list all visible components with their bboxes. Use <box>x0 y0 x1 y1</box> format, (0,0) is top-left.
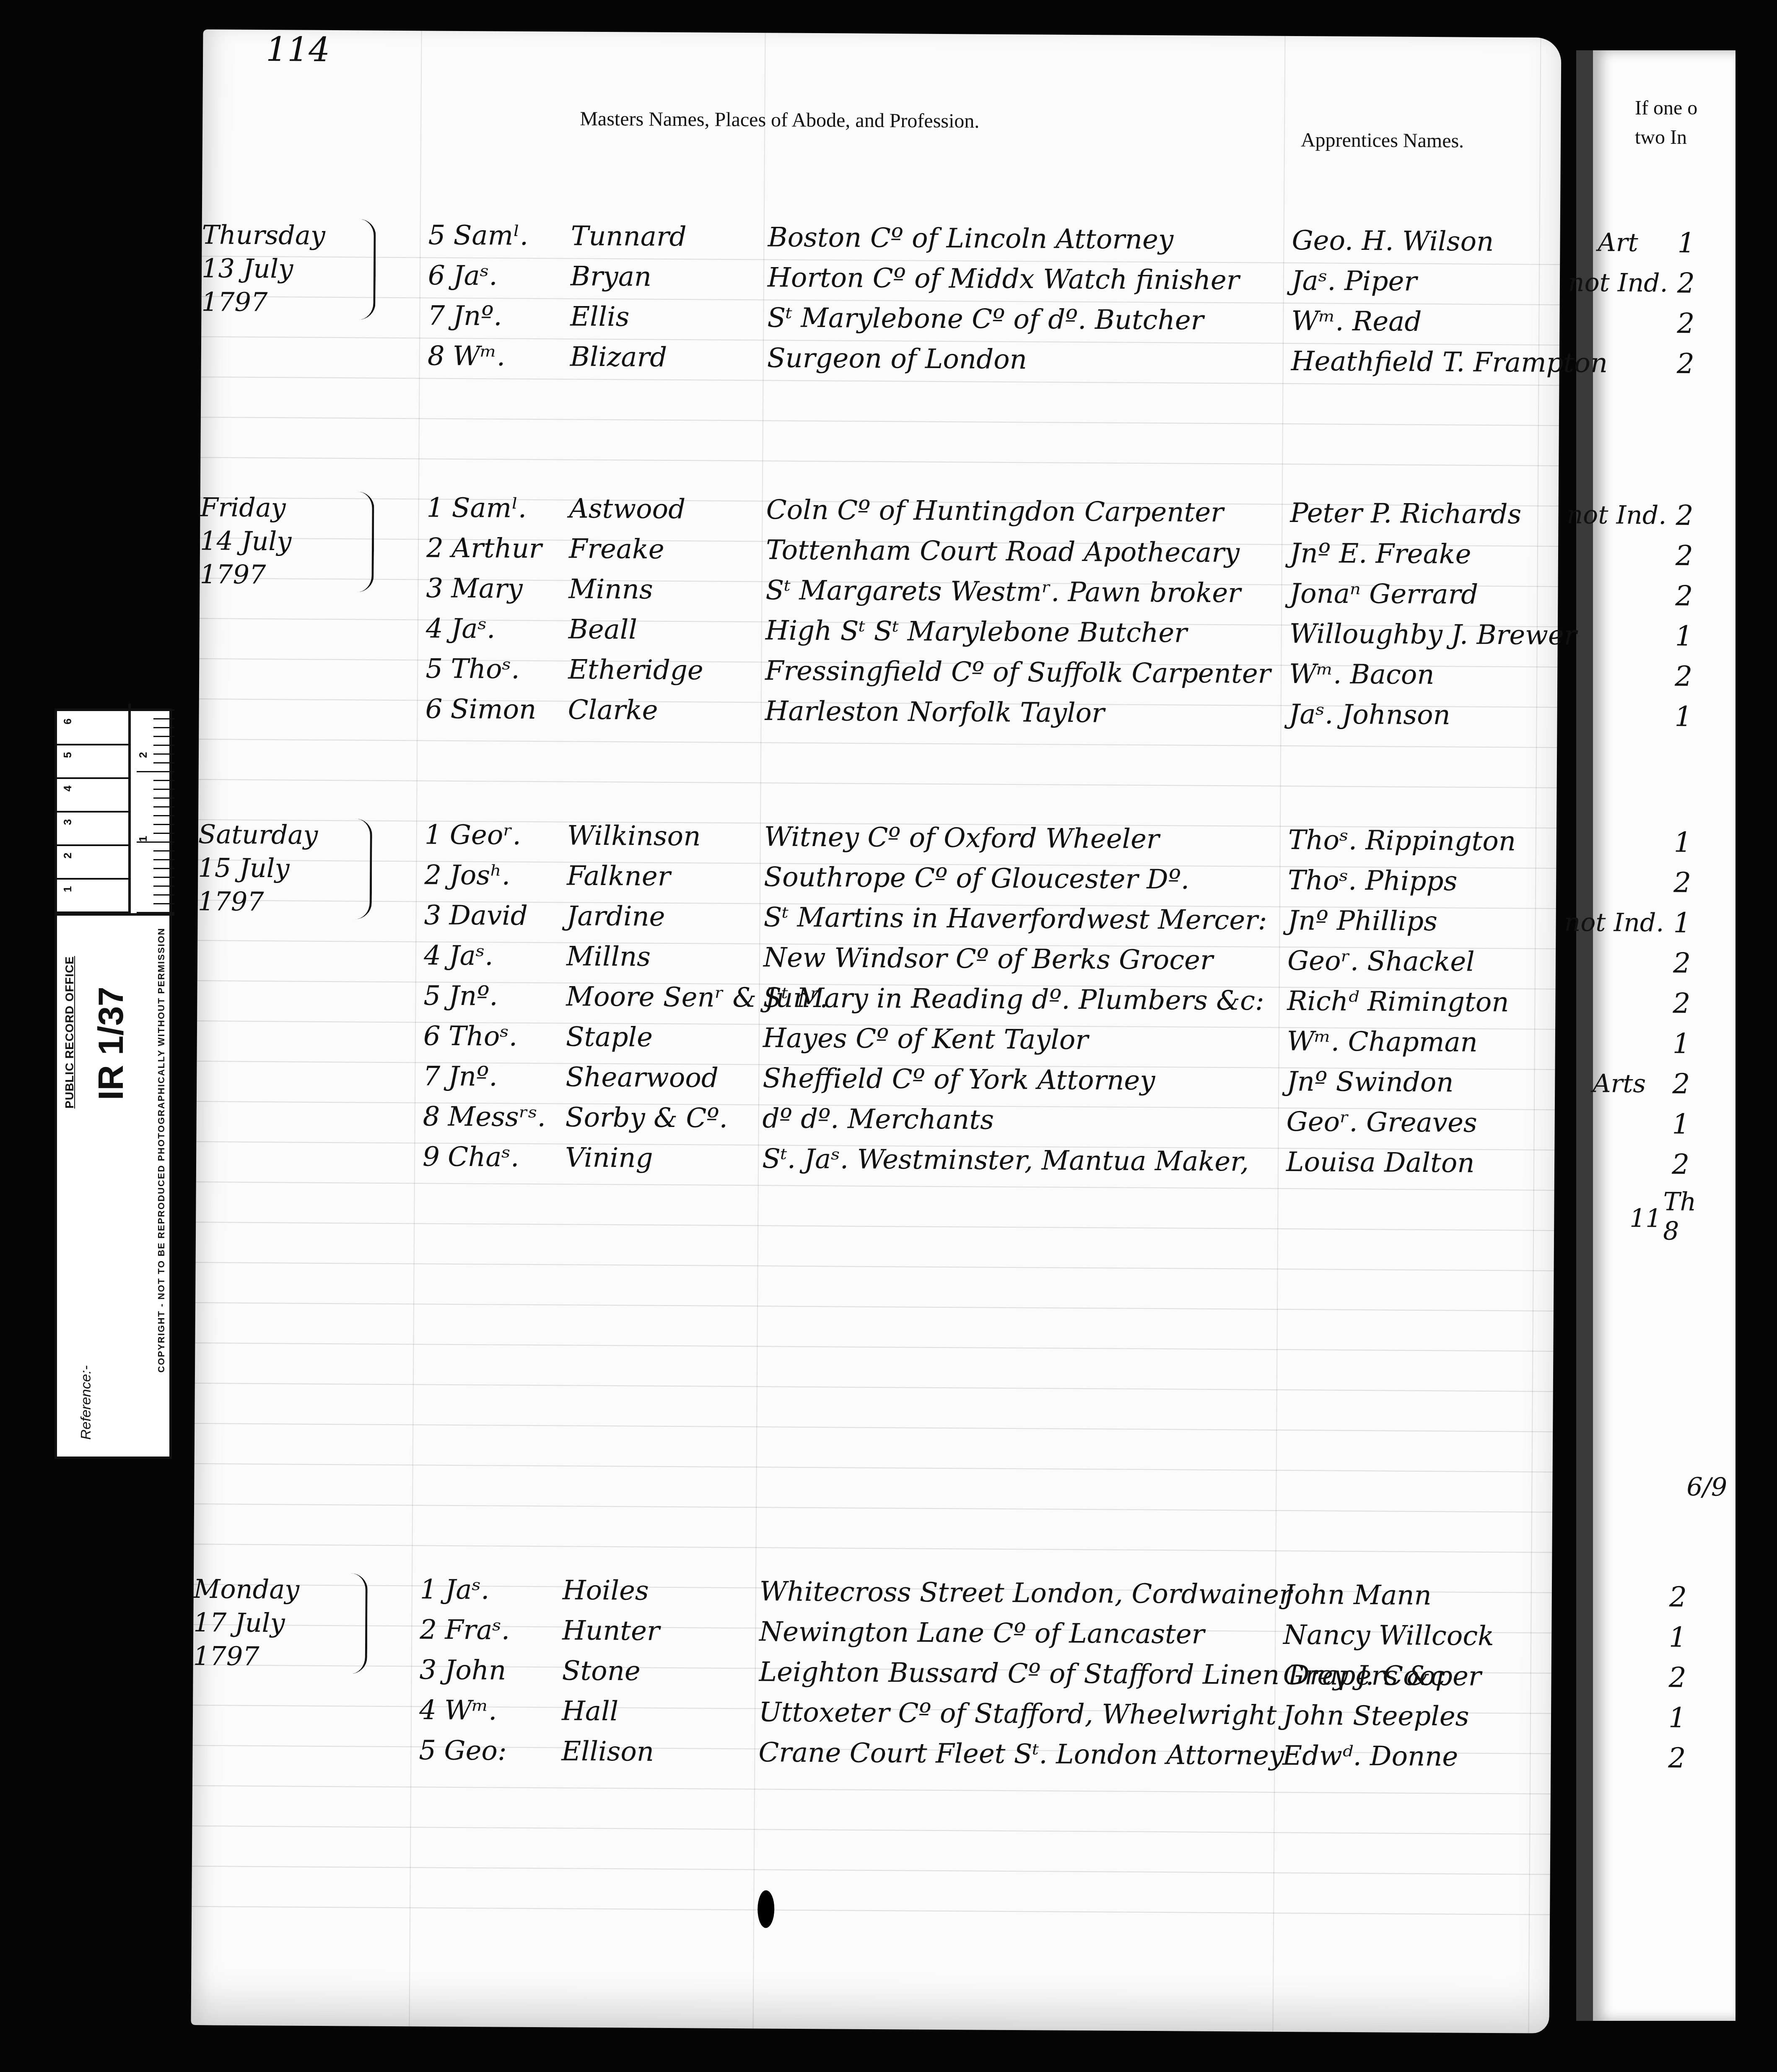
apprentice-name: Thoˢ. Rippington <box>1288 820 1540 862</box>
adjacent-page-header-line-1: If one o <box>1635 96 1697 119</box>
abode-and-profession: Horton Cº of Middx Watch finisher <box>768 257 1292 301</box>
footnote-line: Th <box>1663 1187 1696 1216</box>
master-surname: Falkner <box>567 856 777 897</box>
master-given-name: Samˡ. <box>451 488 569 529</box>
ruled-line <box>192 1785 1551 1794</box>
master-given-name: John <box>444 1650 562 1691</box>
ruled-line <box>192 1825 1550 1835</box>
ruled-line <box>194 1544 1552 1553</box>
abode-and-profession: Whitecross Street London, Cordwainer <box>760 1571 1284 1615</box>
apprentice-name: Jnº Phillips <box>1287 901 1539 943</box>
ruled-line <box>194 1503 1552 1513</box>
column-header-masters: Masters Names, Places of Abode, and Prof… <box>580 107 979 133</box>
master-surname: Moore Senʳ & Junʳ. <box>566 976 776 1018</box>
entry-number: 6 <box>425 689 451 729</box>
sum-note: 6/9 <box>1686 1472 1727 1502</box>
ruled-line <box>199 739 1557 748</box>
master-surname: Beall <box>568 609 778 651</box>
apprentice-name: Geoʳ. Shackel <box>1287 941 1539 983</box>
ruler-inch-label: 2 <box>137 752 150 758</box>
entry-number: 9 <box>423 1137 448 1177</box>
margin-note: not Ind. <box>1568 262 1668 303</box>
ruler-minor-tick <box>153 903 174 904</box>
abode-and-profession: Uttoxeter Cº of Stafford, Wheelwright <box>759 1692 1283 1736</box>
abode-and-profession: High Sᵗ Sᵗ Marylebone Butcher <box>765 610 1290 654</box>
entries-area: Thursday13 July 17975Samˡ.TunnardBoston … <box>203 29 1562 38</box>
abode-and-profession: Hayes Cº of Kent Taylor <box>763 1018 1287 1062</box>
ruled-line <box>195 1342 1553 1352</box>
ledger-page: 114 Masters Names, Places of Abode, and … <box>191 29 1561 2033</box>
master-given-name: David <box>449 896 567 937</box>
entry-block-monday: Monday17 July 17971Jaˢ.HoilesWhitecross … <box>194 1568 1552 1576</box>
entry-number: 3 <box>426 568 451 608</box>
ruler-tick <box>57 777 128 779</box>
master-given-name: Jaˢ. <box>449 936 567 977</box>
entry-block-saturday: Saturday15 July 17971Geoʳ.WilkinsonWitne… <box>198 813 1556 822</box>
apprentice-name: Peter P. Richards <box>1290 493 1542 535</box>
ruler-minor-tick <box>153 797 174 799</box>
ruler-tick <box>57 911 128 913</box>
entry-number: 4 <box>419 1690 445 1730</box>
margin-count: 2 <box>1673 943 1699 984</box>
abode-and-profession: Newington Lane Cº of Lancaster <box>759 1612 1284 1655</box>
apprentice-name: Wᵐ. Read <box>1291 301 1543 343</box>
ruled-line <box>195 1463 1553 1472</box>
abode-and-profession: Sᵗ Martins in Haverfordwest Mercer: <box>763 897 1288 941</box>
margin-count: 2 <box>1676 536 1701 576</box>
margin-count: 2 <box>1668 1738 1694 1779</box>
master-surname: Sorby & Cº. <box>565 1097 775 1139</box>
apprentice-name: Louisa Dalton <box>1286 1142 1538 1184</box>
ruler-tick <box>57 844 128 846</box>
master-surname: Minns <box>568 569 778 611</box>
master-surname: Shearwood <box>566 1057 776 1098</box>
master-given-name: Thoˢ. <box>451 649 568 690</box>
ruler-minor-tick <box>153 877 174 878</box>
master-given-name: Jaˢ. <box>453 256 571 297</box>
master-surname: Freake <box>569 529 779 571</box>
ruler-cm-label: 1 <box>61 886 74 892</box>
entry-number: 8 <box>428 336 453 376</box>
master-given-name: Jnº. <box>448 1057 566 1098</box>
apprentice-name: Nancy Willcock <box>1283 1615 1535 1657</box>
margin-count: 2 <box>1675 657 1700 697</box>
master-given-name: Jaˢ. <box>445 1570 563 1611</box>
ruler-cm-label: 6 <box>61 719 74 724</box>
reference-label: Reference:- <box>78 1365 94 1440</box>
ruler-tick <box>57 744 128 745</box>
master-surname: Ellison <box>561 1731 771 1773</box>
abode-and-profession: Sᵗ Margarets Westmʳ. Pawn broker <box>765 570 1290 614</box>
master-surname: Bryan <box>571 257 781 298</box>
ruler-cm-label: 3 <box>61 819 74 825</box>
master-surname: Blizard <box>570 337 780 379</box>
master-given-name: Simon <box>450 689 568 730</box>
ruler-minor-tick <box>153 780 174 781</box>
apprentice-name: Grey J. Cooper <box>1283 1655 1535 1697</box>
ruler-cm-label: 4 <box>61 786 74 792</box>
master-given-name: Josʰ. <box>449 855 567 896</box>
abode-and-profession: Harleston Norfolk Taylor <box>765 691 1289 735</box>
margin-count: 2 <box>1672 1145 1697 1185</box>
margin-count: 2 <box>1677 263 1703 304</box>
master-given-name: Messʳˢ. <box>448 1097 566 1138</box>
ruled-line <box>199 779 1557 788</box>
entry-number: 5 <box>428 215 454 255</box>
ruler-minor-tick <box>153 868 174 869</box>
adjacent-page-strip: If one o two In <box>1576 50 1735 2021</box>
abode-and-profession: Coln Cº of Huntingdon Carpenter <box>766 490 1290 533</box>
master-surname: Tunnard <box>571 216 781 258</box>
master-given-name: Thoˢ. <box>449 1016 566 1057</box>
entry-number: 7 <box>423 1056 449 1096</box>
ruler-cm-label: 2 <box>61 853 74 859</box>
ruler-minor-tick <box>153 894 174 896</box>
abode-and-profession: Sᵗ Marylebone Cº of dº. Butcher <box>767 298 1292 341</box>
abode-and-profession: Southrope Cº of Gloucester Dº. <box>764 857 1288 901</box>
entry-number: 4 <box>424 935 449 976</box>
entry-number: 5 <box>423 976 449 1016</box>
margin-count: 2 <box>1677 304 1702 344</box>
ruled-line <box>196 1222 1554 1231</box>
master-surname: Hunter <box>562 1610 772 1652</box>
abode-and-profession: Leighton Bussard Cº of Stafford Linen Dr… <box>759 1652 1283 1696</box>
abode-and-profession: Tottenham Court Road Apothecary <box>766 530 1290 574</box>
ruler-tick <box>57 811 128 813</box>
entry-number: 2 <box>424 855 450 895</box>
page-number: 114 <box>266 30 330 69</box>
apprentice-name: Jonaⁿ Gerrard <box>1289 574 1541 615</box>
apprentice-name: Wᵐ. Bacon <box>1289 654 1541 696</box>
ruled-line <box>195 1423 1553 1432</box>
abode-and-profession: Witney Cº of Oxford Wheeler <box>764 817 1289 860</box>
abode-and-profession: Surgeon of London <box>767 338 1292 382</box>
ruler-minor-tick <box>153 727 174 728</box>
apprentice-name: Willoughby J. Brewer <box>1289 614 1541 656</box>
ruled-line <box>192 1866 1550 1875</box>
entry-number: 2 <box>426 528 452 568</box>
apprentice-name: John Steeples <box>1283 1696 1535 1737</box>
archive-reference-card: Reference:- PUBLIC RECORD OFFICE IR 1/37… <box>54 709 172 1459</box>
entry-number: 1 <box>420 1569 446 1610</box>
abode-and-profession: Sᵗ Mary in Reading dº. Plumbers &c: <box>763 978 1287 1021</box>
abode-and-profession: Boston Cº of Lincoln Attorney <box>768 217 1292 261</box>
ledger-row: 9Chaˢ.ViningSᵗ. Jaˢ. Westminster, Mantua… <box>196 1135 1555 1184</box>
ruler-minor-tick <box>153 709 174 711</box>
margin-count: 1 <box>1673 1024 1698 1064</box>
margin-count: 1 <box>1673 823 1699 863</box>
margin-note: Art <box>1598 222 1638 263</box>
entry-number: 6 <box>428 255 454 296</box>
entry-block-friday: Friday14 July 17971Samˡ.AstwoodColn Cº o… <box>200 486 1559 495</box>
ruler-minor-tick <box>153 806 174 808</box>
ruler-minor-tick <box>153 718 174 719</box>
ruled-line <box>192 1906 1550 1915</box>
apprentice-name: Geoʳ. Greaves <box>1286 1102 1538 1144</box>
master-given-name: Mary <box>451 569 569 610</box>
apprentice-name: Thoˢ. Phipps <box>1288 860 1540 902</box>
abode-and-profession: Crane Court Fleet Sᵗ. London Attorney <box>758 1732 1283 1776</box>
abode-and-profession: dº dº. Merchants <box>762 1098 1287 1142</box>
ruler-minor-tick <box>153 815 174 816</box>
master-surname: Astwood <box>569 489 779 530</box>
margin-count: 2 <box>1673 984 1698 1024</box>
entry-number: 4 <box>426 608 451 649</box>
master-surname: Stone <box>562 1651 772 1692</box>
ruler-minor-tick <box>137 912 174 913</box>
entry-number: 2 <box>420 1610 445 1650</box>
entry-number: 8 <box>423 1096 448 1137</box>
entry-block-thursday: Thursday13 July 17975Samˡ.TunnardBoston … <box>202 214 1560 222</box>
footnote-line: 8 <box>1663 1216 1679 1246</box>
entry-number: 6 <box>423 1016 449 1056</box>
master-surname: Etheridge <box>568 649 778 691</box>
reference-code: IR 1/37 <box>91 987 131 1100</box>
ruler-cm-scale: 123456 <box>57 704 131 913</box>
margin-count: 1 <box>1674 697 1700 737</box>
ruler-minor-tick <box>153 745 174 746</box>
master-surname: Ellis <box>570 297 780 338</box>
abode-and-profession: Fressingfield Cº of Suffolk Carpenter <box>765 651 1289 694</box>
ruled-line <box>196 1262 1554 1271</box>
master-surname: Vining <box>565 1137 775 1179</box>
margin-note: not Ind. <box>1567 495 1666 535</box>
master-surname: Wilkinson <box>567 815 777 857</box>
ledger-row: 8Wᵐ.BlizardSurgeon of LondonHeathfield T… <box>201 335 1560 383</box>
master-given-name: Fraˢ. <box>445 1610 563 1651</box>
master-surname: Clarke <box>568 690 778 731</box>
master-surname: Staple <box>566 1017 776 1058</box>
ruled-line <box>195 1383 1553 1392</box>
margin-count: 2 <box>1676 496 1701 536</box>
ruler-minor-tick <box>137 771 174 772</box>
ruled-line <box>195 1302 1554 1311</box>
ruled-line <box>201 417 1559 426</box>
master-surname: Millns <box>566 936 776 978</box>
master-given-name: Jnº. <box>453 296 571 337</box>
apprentice-name: Edwᵈ. Donne <box>1282 1736 1534 1778</box>
measurement-ruler: 123456 12 <box>57 704 174 916</box>
ruler-minor-tick <box>153 824 174 825</box>
margin-count: 2 <box>1676 344 1702 384</box>
master-given-name: Arthur <box>451 528 569 569</box>
apprentice-name: Jaˢ. Piper <box>1292 261 1544 303</box>
abode-and-profession: Sheffield Cº of York Attorney <box>763 1058 1287 1102</box>
margin-count: 2 <box>1669 1577 1694 1618</box>
margin-count: 2 <box>1675 576 1701 616</box>
ink-blot <box>757 1890 775 1928</box>
ruler-minor-tick <box>153 736 174 737</box>
entry-number: 7 <box>428 296 453 336</box>
apprentice-name: John Mann <box>1284 1575 1536 1617</box>
master-given-name: Jaˢ. <box>451 609 569 650</box>
margin-count: 1 <box>1675 616 1700 657</box>
entry-number: 5 <box>425 649 451 689</box>
master-given-name: Geoʳ. <box>450 815 568 856</box>
ruler-minor-tick <box>153 850 174 852</box>
master-given-name: Wᵐ. <box>453 336 571 377</box>
margin-count: 1 <box>1672 1104 1697 1145</box>
master-surname: Hoiles <box>563 1570 773 1612</box>
ruler-minor-tick <box>153 753 174 755</box>
apprentice-name: Richᵈ Rimington <box>1287 981 1539 1023</box>
ruler-minor-tick <box>153 859 174 860</box>
margin-count: 2 <box>1672 1064 1698 1104</box>
abode-and-profession: Sᵗ. Jaˢ. Westminster, Mantua Maker, <box>762 1139 1287 1182</box>
apprentice-name: Heathfield T. Frampton <box>1291 341 1543 383</box>
abode-and-profession: New Windsor Cº of Berks Grocer <box>763 937 1288 981</box>
margin-count: 1 <box>1677 223 1703 263</box>
apprentice-name: Geo. H. Wilson <box>1292 221 1544 262</box>
master-given-name: Jnº. <box>449 976 566 1017</box>
entry-number: 3 <box>424 895 449 935</box>
apprentice-name: Jaˢ. Johnson <box>1289 694 1541 736</box>
margin-count: 2 <box>1673 863 1699 903</box>
entry-number: 3 <box>419 1650 445 1690</box>
margin-count: 1 <box>1669 1618 1694 1658</box>
margin-note: not Ind. <box>1564 902 1664 943</box>
master-given-name: Geo: <box>444 1731 562 1772</box>
apprentice-name: Jnº Swindon <box>1287 1062 1538 1104</box>
ruled-line <box>200 457 1559 466</box>
ledger-row: 6SimonClarkeHarleston Norfolk TaylorJaˢ.… <box>199 688 1557 736</box>
ruler-minor-tick <box>153 833 174 834</box>
column-header-apprentices: Apprentices Names. <box>1301 128 1464 152</box>
master-surname: Jardine <box>566 896 776 937</box>
master-given-name: Chaˢ. <box>448 1137 566 1178</box>
margin-count: 2 <box>1668 1658 1694 1698</box>
ruler-inch-label: 1 <box>137 836 150 842</box>
master-given-name: Samˡ. <box>453 216 571 257</box>
master-given-name: Wᵐ. <box>444 1690 562 1732</box>
copyright-notice: COPYRIGHT - NOT TO BE REPRODUCED PHOTOGR… <box>156 927 167 1373</box>
footnote-number: 11 <box>1629 1204 1662 1233</box>
ledger-row: 5Geo:EllisonCrane Court Fleet Sᵗ. London… <box>192 1729 1551 1778</box>
ruled-lines <box>203 29 1562 38</box>
master-surname: Hall <box>562 1691 772 1732</box>
apprentice-name: Wᵐ. Chapman <box>1287 1021 1539 1063</box>
entry-number: 1 <box>425 815 450 855</box>
adjacent-page-header-line-2: two In <box>1635 126 1687 149</box>
ruled-line <box>196 1181 1554 1191</box>
margin-count: 1 <box>1673 903 1699 943</box>
entry-number: 1 <box>426 488 452 528</box>
margin-count: 1 <box>1668 1698 1694 1738</box>
ruler-minor-tick <box>153 762 174 763</box>
apprentice-name: Jnº E. Freake <box>1290 533 1542 575</box>
ruler-tick <box>57 878 128 880</box>
entry-number: 5 <box>419 1730 444 1771</box>
ruler-minor-tick <box>153 885 174 887</box>
margin-note: Arts <box>1593 1063 1646 1104</box>
ruler-minor-tick <box>153 789 174 790</box>
ruler-cm-label: 5 <box>61 752 74 758</box>
record-office-name: PUBLIC RECORD OFFICE <box>63 956 76 1109</box>
